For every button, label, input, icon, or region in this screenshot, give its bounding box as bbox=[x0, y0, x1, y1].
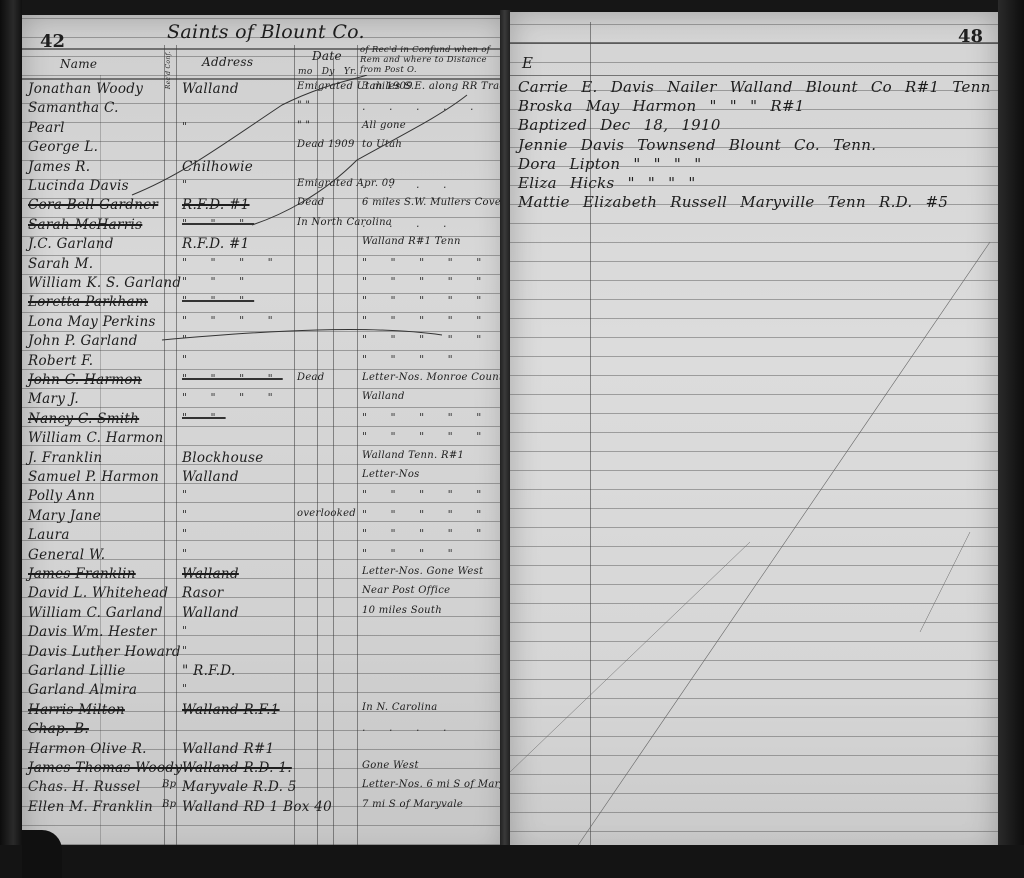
entry-name: J. Franklin bbox=[28, 450, 102, 466]
entry-name: J.C. Garland bbox=[28, 236, 114, 252]
entry-line: Carrie E. Davis Nailer Walland Blount Co… bbox=[518, 78, 991, 96]
entry-name: Garland Almira bbox=[28, 682, 137, 698]
entry-address: Walland bbox=[182, 469, 239, 485]
entry-name: Sarah McHarris bbox=[28, 217, 142, 233]
entry-name: Nancy C. Smith bbox=[28, 411, 139, 427]
entry-address: " bbox=[182, 333, 197, 346]
entry-line: Eliza Hicks " " " " bbox=[518, 174, 696, 192]
entry-remarks: to Utah bbox=[362, 139, 402, 150]
entry-line: Jennie Davis Townsend Blount Co. Tenn. bbox=[518, 136, 876, 154]
entry-remarks: Letter-Nos bbox=[362, 469, 420, 480]
entry-address: R.F.D. #1 bbox=[182, 236, 250, 252]
entry-name: William K. S. Garland bbox=[28, 275, 181, 291]
entry-remarks: " " " " " bbox=[362, 430, 491, 443]
entry-address: Walland RD 1 Box 40 bbox=[182, 799, 332, 815]
entry-remarks: 10 miles South bbox=[362, 605, 442, 616]
entry-name: William C. Harmon bbox=[28, 430, 163, 446]
entry-date: " " bbox=[297, 100, 310, 111]
entry-remarks: . . . . bbox=[362, 217, 456, 230]
entry-remarks: In N. Carolina bbox=[362, 702, 437, 713]
ledger-page-left: 42 Saints of Blount Co. Name Rec'd Conf.… bbox=[22, 15, 506, 860]
entry-remarks: Letter-Nos. Monroe County bbox=[362, 372, 506, 383]
entry-address: " " " bbox=[182, 275, 254, 288]
entry-name: Laura bbox=[28, 527, 70, 543]
entry-name: William C. Garland bbox=[28, 605, 163, 621]
entry-address: " bbox=[182, 353, 197, 366]
entry-address: " bbox=[182, 547, 197, 560]
scanner-shadow bbox=[0, 845, 1024, 878]
entry-address: " bbox=[182, 508, 197, 521]
entry-name: Jonathan Woody bbox=[28, 81, 143, 97]
header-rule-bottom bbox=[22, 78, 506, 80]
column-divider bbox=[164, 45, 165, 860]
entry-conf-mark: Bp bbox=[162, 779, 176, 790]
entry-remarks: Gone West bbox=[362, 760, 419, 771]
entry-name: Davis Luther Howard bbox=[28, 644, 181, 660]
entry-name: Harmon Olive R. bbox=[28, 741, 147, 757]
entry-address: Chilhowie bbox=[182, 159, 253, 175]
entry-remarks: " " " " " bbox=[362, 411, 491, 424]
entry-name: Lucinda Davis bbox=[28, 178, 129, 194]
entry-remarks: " " " " " bbox=[362, 527, 491, 540]
entry-remarks: " " " " " bbox=[362, 275, 491, 288]
entry-address: Walland R#1 bbox=[182, 741, 274, 757]
entry-line: Dora Lipton " " " " bbox=[518, 155, 701, 173]
entry-name: Harris Milton bbox=[28, 702, 125, 718]
entry-name: General W. bbox=[28, 547, 105, 563]
page-number: 48 bbox=[958, 26, 983, 47]
entry-address: Walland bbox=[182, 605, 239, 621]
entry-address: " " " bbox=[182, 294, 254, 307]
entry-line: Baptized Dec 18, 1910 bbox=[518, 116, 721, 134]
entry-date: " " bbox=[297, 120, 310, 131]
entry-address: " bbox=[182, 178, 197, 191]
entry-name: Mary Jane bbox=[28, 508, 101, 524]
entry-line: Mattie Elizabeth Russell Maryville Tenn … bbox=[518, 193, 948, 211]
entry-address: " bbox=[182, 644, 197, 657]
entry-name: Lona May Perkins bbox=[28, 314, 156, 330]
entry-address: R.F.D. #1 bbox=[182, 197, 250, 213]
entry-remarks: Letter-Nos. 6 mi S of Maryvale bbox=[362, 779, 506, 790]
entry-name: Davis Wm. Hester bbox=[28, 624, 157, 640]
entry-name: Ellen M. Franklin bbox=[28, 799, 153, 815]
entry-remarks: " " " " " bbox=[362, 294, 491, 307]
entry-address: " " " " bbox=[182, 256, 283, 269]
entry-remarks: . . . . bbox=[362, 721, 456, 734]
book-binding-right bbox=[998, 0, 1024, 878]
entry-address: " " " " bbox=[182, 314, 283, 327]
entry-name: James R. bbox=[28, 159, 90, 175]
thumb-shadow bbox=[22, 830, 62, 878]
entry-name: Pearl bbox=[28, 120, 65, 136]
entry-remarks: 3 miles S.E. along RR Track bbox=[362, 81, 506, 92]
entry-name: Loretta Parkham bbox=[28, 294, 148, 310]
entry-address: " " " " bbox=[182, 391, 283, 404]
column-divider bbox=[357, 45, 358, 860]
entry-name: James Franklin bbox=[28, 566, 136, 582]
entry-address: Walland bbox=[182, 566, 239, 582]
entry-remarks: Letter-Nos. Gone West bbox=[362, 566, 483, 577]
column-divider bbox=[294, 45, 295, 860]
entry-name: Polly Ann bbox=[28, 488, 95, 504]
entry-name: John P. Garland bbox=[28, 333, 138, 349]
entry-date: Dead bbox=[297, 197, 325, 208]
header-day: Dy bbox=[322, 67, 335, 77]
entry-remarks: Walland Tenn. R#1 bbox=[362, 450, 464, 461]
entry-address: " bbox=[182, 488, 197, 501]
header-received-conf: Rec'd Conf. bbox=[165, 51, 172, 89]
entry-remarks: " " " " " bbox=[362, 256, 491, 269]
book-binding-left bbox=[0, 0, 22, 878]
header-month: mo bbox=[298, 67, 313, 77]
entry-remarks: Near Post Office bbox=[362, 585, 450, 596]
entry-address: " R.F.D. bbox=[182, 663, 236, 679]
entry-address: Walland bbox=[182, 81, 239, 97]
entry-remarks: " " " " " bbox=[362, 488, 491, 501]
entry-address: " " " " bbox=[182, 372, 283, 385]
entry-name: Chas. H. Russel bbox=[28, 779, 140, 795]
page-title: Saints of Blount Co. bbox=[167, 21, 365, 43]
entry-address: Rasor bbox=[182, 585, 224, 601]
header-date-sub: mo Dy Yr. bbox=[298, 67, 357, 77]
entry-date: Dead bbox=[297, 372, 325, 383]
entry-remarks: All gone bbox=[362, 120, 406, 131]
entry-address: " " " bbox=[182, 217, 254, 230]
entry-name: David L. Whitehead bbox=[28, 585, 168, 601]
ledger-page-right: 48 E Carrie E. Davis Nailer Walland Blou… bbox=[510, 12, 998, 857]
entry-address: Walland R.F.1 bbox=[182, 702, 280, 718]
entry-name: Samantha C. bbox=[28, 100, 119, 116]
entry-address: " " bbox=[182, 411, 226, 424]
entry-name: Sarah M. bbox=[28, 256, 93, 272]
entry-remarks: " " " " " bbox=[362, 314, 491, 327]
section-letter: E bbox=[522, 54, 533, 72]
header-year: Yr. bbox=[344, 67, 357, 77]
entry-conf-mark: Bp bbox=[162, 799, 176, 810]
entry-remarks: " " " " " bbox=[362, 508, 491, 521]
header-date: Date bbox=[312, 49, 342, 63]
entry-address: Maryvale R.D. 5 bbox=[182, 779, 297, 795]
header-rule-top bbox=[510, 42, 998, 44]
entry-address: Walland R.D. 1. bbox=[182, 760, 292, 776]
header-name: Name bbox=[60, 57, 97, 71]
entry-date: overlooked bbox=[297, 508, 356, 519]
entry-remarks: . . . . bbox=[362, 178, 456, 191]
entry-address: " bbox=[182, 624, 197, 637]
column-divider bbox=[176, 45, 177, 860]
entry-date: Dead 1909 bbox=[297, 139, 355, 150]
entry-address: Blockhouse bbox=[182, 450, 264, 466]
entry-remarks: 6 miles S.W. Mullers Cove bbox=[362, 197, 501, 208]
entry-name: Samuel P. Harmon bbox=[28, 469, 159, 485]
entry-name: James Thomas Woody bbox=[28, 760, 182, 776]
page-number: 42 bbox=[40, 31, 65, 52]
entry-remarks: " " " " bbox=[362, 353, 463, 366]
entry-remarks: " " " " bbox=[362, 547, 463, 560]
entry-name: Garland Lillie bbox=[28, 663, 126, 679]
entry-address: " bbox=[182, 682, 197, 695]
entry-name: George L. bbox=[28, 139, 98, 155]
entry-name: John C. Harmon bbox=[28, 372, 142, 388]
entry-name: Mary J. bbox=[28, 391, 79, 407]
entry-line: Broska May Harmon " " " R#1 bbox=[518, 97, 805, 115]
header-rule-bottom bbox=[510, 75, 998, 76]
header-address: Address bbox=[202, 55, 253, 69]
entry-name: Chap. B. bbox=[28, 721, 89, 737]
header-remarks: of Rec'd in Confund when of Rem and wher… bbox=[360, 45, 500, 75]
entry-name: Cora Bell Gardner bbox=[28, 197, 158, 213]
entry-name: Robert F. bbox=[28, 353, 93, 369]
entry-address: " bbox=[182, 527, 197, 540]
entry-remarks: Walland R#1 Tenn bbox=[362, 236, 461, 247]
entry-address: " bbox=[182, 120, 197, 133]
entry-remarks: " " " " " bbox=[362, 333, 491, 346]
entry-remarks: Walland bbox=[362, 391, 405, 402]
entry-remarks: . . . . . bbox=[362, 100, 483, 113]
entry-remarks: 7 mi S of Maryvale bbox=[362, 799, 463, 810]
